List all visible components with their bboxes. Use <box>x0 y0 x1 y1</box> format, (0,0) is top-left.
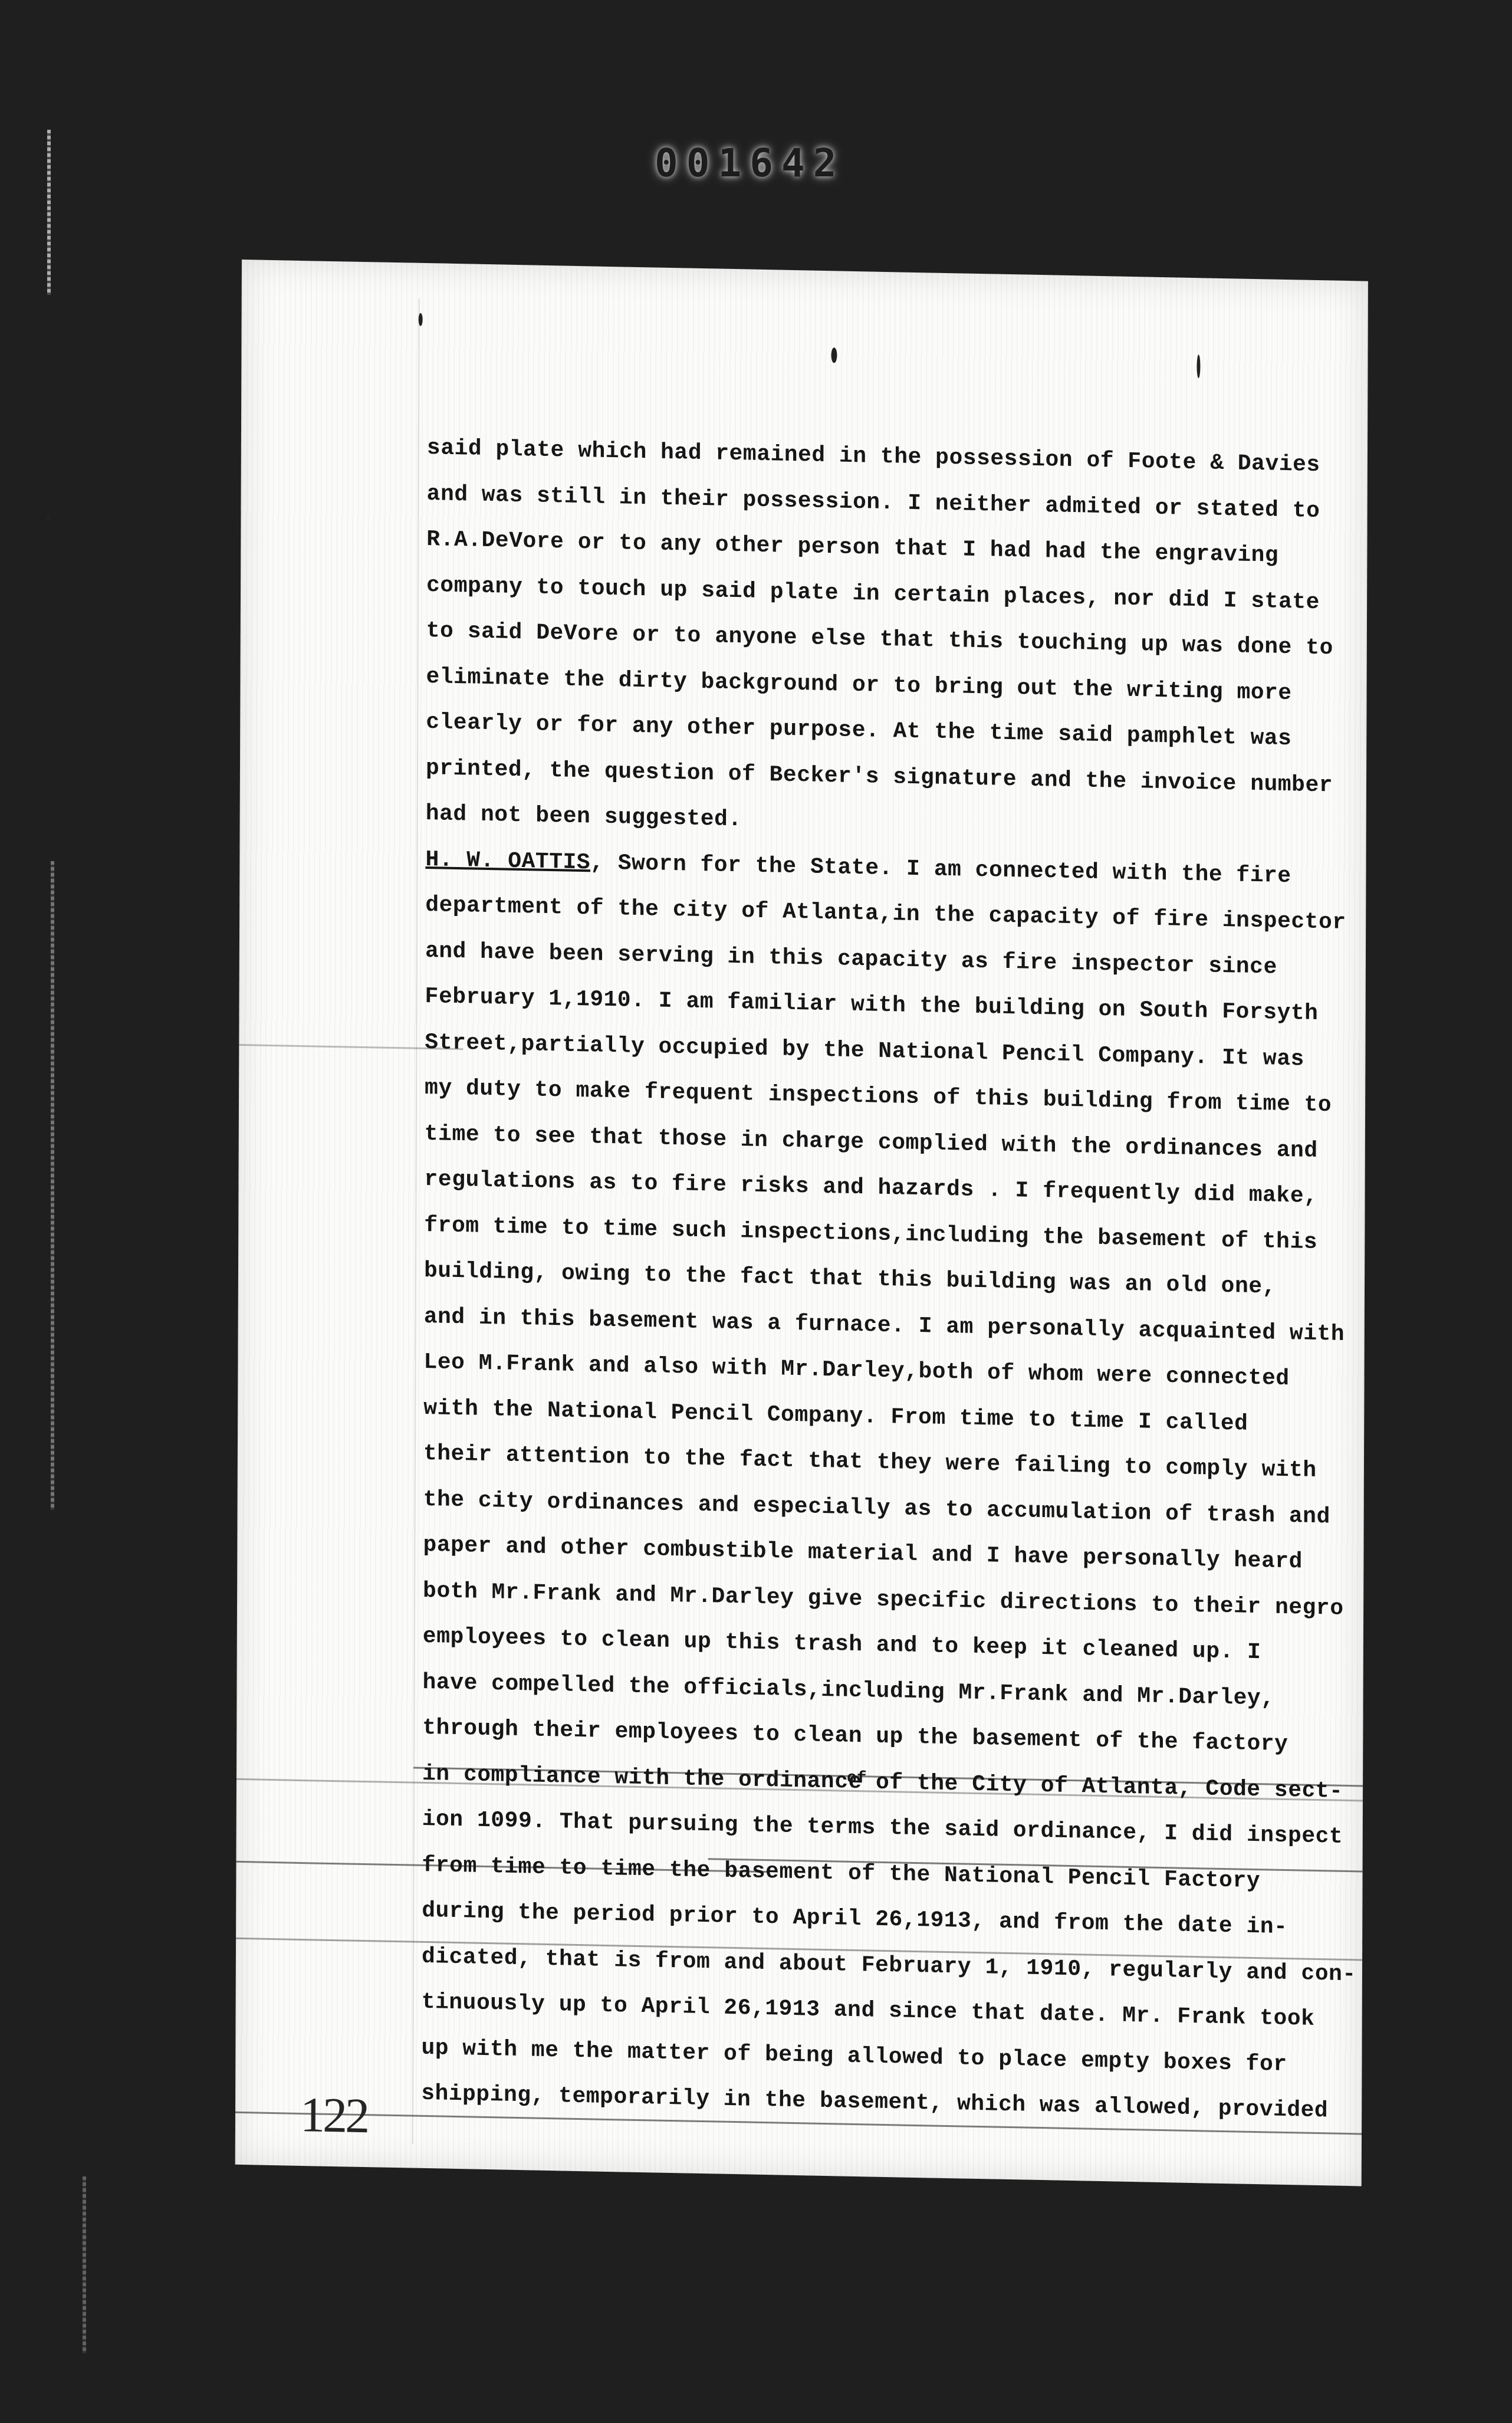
punch-mark <box>419 313 423 326</box>
frame-number-stamp: 001642 <box>655 140 844 186</box>
punch-mark <box>831 347 837 363</box>
punch-mark <box>1197 354 1200 378</box>
film-edge-streak <box>47 130 51 295</box>
film-edge-streak <box>51 861 54 1510</box>
document-body: said plate which had remained in the pos… <box>421 425 1335 2134</box>
typed-page: of said plate which had remained in the … <box>235 260 1368 2186</box>
punch-mark <box>46 516 50 523</box>
film-edge-streak <box>83 2176 86 2353</box>
witness-name: H. W. OATTIS <box>425 846 590 875</box>
page-number: 122 <box>300 2086 367 2145</box>
margin-line <box>412 298 420 2145</box>
witness-intro-text: , Sworn for the State. I am connected wi… <box>590 850 1291 889</box>
